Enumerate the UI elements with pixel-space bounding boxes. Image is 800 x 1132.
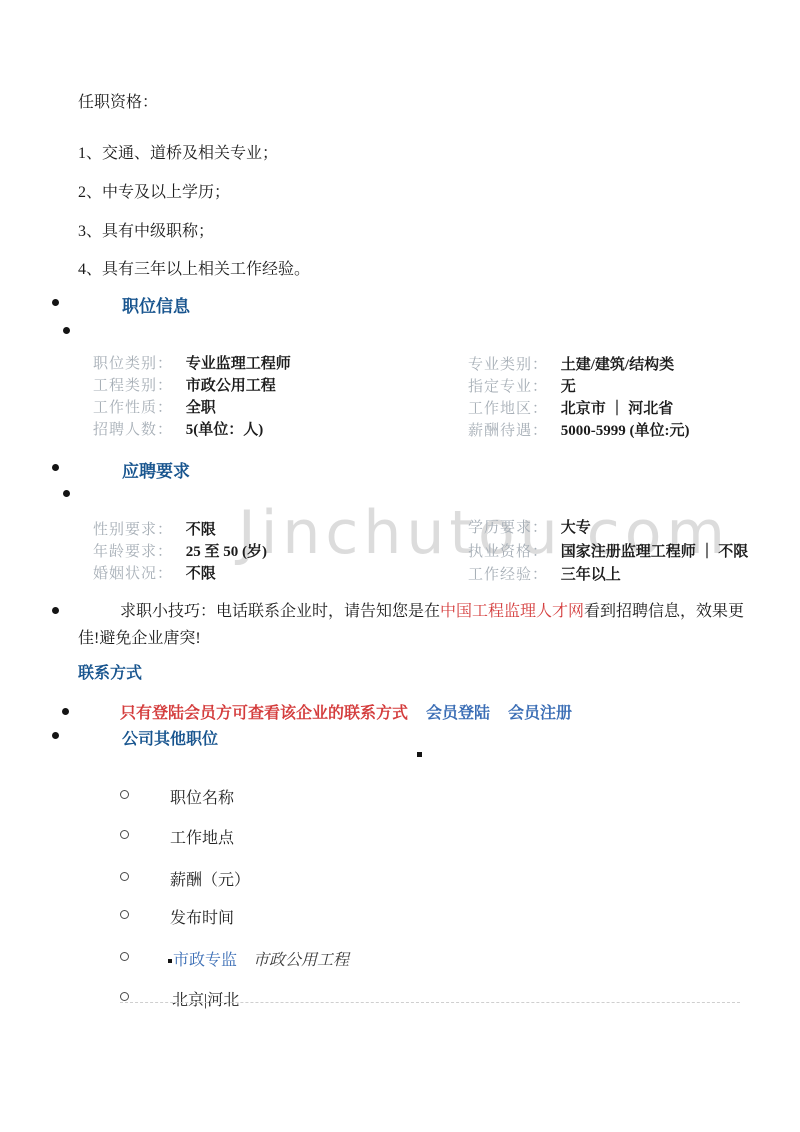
- field-value: 土建/建筑/结构类: [561, 357, 674, 373]
- member-register-link[interactable]: 会员注册: [508, 705, 572, 722]
- field-value: 不限: [186, 566, 216, 582]
- bullet-icon: [52, 732, 59, 739]
- member-login-link[interactable]: 会员登陆: [426, 705, 490, 722]
- qualifications-title: 任职资格：: [78, 89, 158, 112]
- document-page: Jinchutou.com 任职资格： 1、交通、道桥及相关专业； 2、中专及以…: [0, 0, 800, 1132]
- circle-bullet-icon: [120, 910, 129, 919]
- bullet-icon: [63, 490, 70, 497]
- requirement-row: 执业资格： 国家注册监理工程师 ｜ 不限: [468, 540, 748, 561]
- requirement-row: 年龄要求： 25 至 50 (岁): [93, 540, 267, 561]
- job-location: 北京|河北: [172, 987, 239, 1010]
- other-job-row: 市政专监市政公用工程: [168, 947, 349, 970]
- members-only-notice: 只有登陆会员方可查看该企业的联系方式: [120, 705, 408, 722]
- field-label: 专业类别：: [468, 353, 557, 374]
- field-value: 全职: [186, 400, 216, 416]
- field-value: 无: [561, 379, 576, 395]
- info-row: 薪酬待遇： 5000-5999 (单位:元): [468, 419, 689, 440]
- qualification-item: 1、交通、道桥及相关专业；: [78, 140, 278, 163]
- bullet-icon: [62, 708, 69, 715]
- info-row: 指定专业： 无: [468, 375, 576, 396]
- bullet-icon: [52, 607, 59, 614]
- field-label: 薪酬待遇：: [468, 419, 557, 440]
- field-label: 婚姻状况：: [93, 562, 182, 583]
- circle-bullet-icon: [120, 790, 129, 799]
- circle-bullet-icon: [120, 830, 129, 839]
- field-value: 专业监理工程师: [186, 356, 291, 372]
- requirement-row: 性别要求： 不限: [93, 518, 216, 539]
- bullet-icon: [63, 327, 70, 334]
- qualification-item: 3、具有中级职称；: [78, 218, 214, 241]
- field-label: 指定专业：: [468, 375, 557, 396]
- column-header-publish-time: 发布时间: [170, 905, 234, 928]
- field-value: 25 至 50 (岁): [186, 544, 267, 560]
- info-row: 工作地区： 北京市 ｜ 河北省: [468, 397, 673, 418]
- field-label: 工程类别：: [93, 374, 182, 395]
- section-heading-position-info: 职位信息: [122, 292, 190, 317]
- field-label: 学历要求：: [468, 516, 557, 537]
- bullet-icon: [52, 299, 59, 306]
- job-category: 市政公用工程: [253, 952, 349, 969]
- field-value: 国家注册监理工程师 ｜ 不限: [561, 544, 749, 560]
- field-label: 工作经验：: [468, 563, 557, 584]
- bullet-icon: [168, 959, 172, 963]
- requirement-row: 学历要求： 大专: [468, 516, 591, 537]
- info-row: 职位类别： 专业监理工程师: [93, 352, 291, 373]
- divider: [120, 1002, 740, 1003]
- info-row: 招聘人数： 5(单位：人): [93, 418, 263, 439]
- requirement-row: 婚姻状况： 不限: [93, 562, 216, 583]
- field-label: 执业资格：: [468, 540, 557, 561]
- info-row: 专业类别： 土建/建筑/结构类: [468, 353, 674, 374]
- field-value: 不限: [186, 522, 216, 538]
- job-tip: 求职小技巧：电话联系企业时，请告知您是在中国工程监理人才网看到招聘信息，效果更佳…: [78, 598, 746, 652]
- requirement-row: 工作经验： 三年以上: [468, 563, 621, 584]
- job-tip-prefix: 求职小技巧：电话联系企业时，请告知您是在: [120, 603, 440, 620]
- contact-notice-row: 只有登陆会员方可查看该企业的联系方式 会员登陆 会员注册: [120, 700, 572, 723]
- qualification-item: 4、具有三年以上相关工作经验。: [78, 256, 310, 279]
- column-header-location: 工作地点: [170, 825, 234, 848]
- field-label: 工作地区：: [468, 397, 557, 418]
- field-label: 招聘人数：: [93, 418, 182, 439]
- column-header-job-title: 职位名称: [170, 785, 234, 808]
- circle-bullet-icon: [120, 952, 129, 961]
- field-label: 年龄要求：: [93, 540, 182, 561]
- section-heading-other-positions: 公司其他职位: [122, 726, 218, 749]
- field-label: 性别要求：: [93, 518, 182, 539]
- field-value: 三年以上: [561, 567, 621, 583]
- field-label: 职位类别：: [93, 352, 182, 373]
- circle-bullet-icon: [120, 872, 129, 881]
- section-heading-contact: 联系方式: [78, 660, 142, 683]
- circle-bullet-icon: [120, 992, 129, 1001]
- field-value: 大专: [561, 520, 591, 536]
- field-value: 5000-5999 (单位:元): [561, 423, 690, 439]
- field-value: 市政公用工程: [186, 378, 276, 394]
- qualification-item: 2、中专及以上学历；: [78, 179, 230, 202]
- column-header-salary: 薪酬（元）: [170, 867, 250, 890]
- bullet-icon: [52, 464, 59, 471]
- bullet-icon: [417, 752, 422, 757]
- field-value: 北京市 ｜ 河北省: [561, 401, 674, 417]
- info-row: 工程类别： 市政公用工程: [93, 374, 276, 395]
- site-link[interactable]: 中国工程监理人才网: [440, 603, 584, 620]
- field-value: 5(单位：人): [186, 422, 264, 438]
- field-label: 工作性质：: [93, 396, 182, 417]
- section-heading-requirements: 应聘要求: [122, 457, 190, 482]
- info-row: 工作性质： 全职: [93, 396, 216, 417]
- job-title-link[interactable]: 市政专监: [173, 952, 237, 969]
